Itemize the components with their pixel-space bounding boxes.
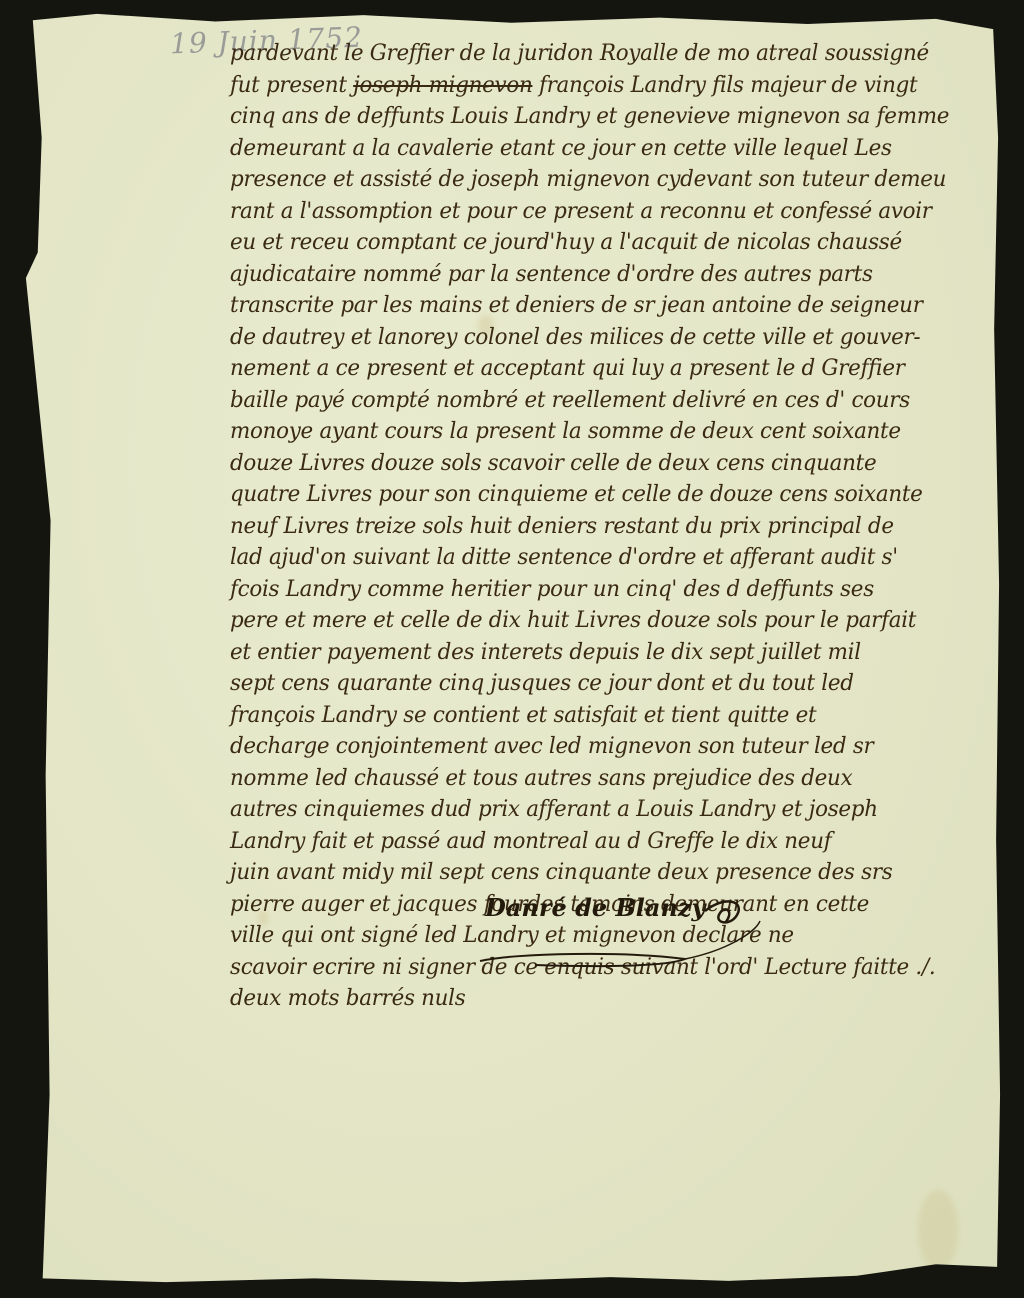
text-line: fcois Landry comme heritier pour un cinq…	[230, 574, 970, 606]
text-line: Landry fait et passé aud montreal au d G…	[230, 826, 970, 858]
text-line: ajudicataire nommé par la sentence d'ord…	[230, 259, 970, 291]
text-line: demeurant a la cavalerie etant ce jour e…	[230, 133, 970, 165]
text-line: neuf Livres treize sols huit deniers res…	[230, 511, 970, 543]
text-line: douze Livres douze sols scavoir celle de…	[230, 448, 970, 480]
text-line: nement a ce present et acceptant qui luy…	[230, 353, 970, 385]
text-line: cinq ans de deffunts Louis Landry et gen…	[230, 101, 970, 133]
text-line: rant a l'assomption et pour ce present a…	[230, 196, 970, 228]
text-line: pere et mere et celle de dix huit Livres…	[230, 605, 970, 637]
text-line: monoye ayant cours la present la somme d…	[230, 416, 970, 448]
text-line: baille payé compté nombré et reellement …	[230, 385, 970, 417]
text-line: juin avant midy mil sept cens cinquante …	[230, 857, 970, 889]
deed-text: pardevant le Greffier de la juridon Roya…	[230, 38, 990, 1015]
text-line: transcrite par les mains et deniers de s…	[230, 290, 970, 322]
text-line: presence et assisté de joseph mignevon c…	[230, 164, 970, 196]
text-line: eu et receu comptant ce jourd'huy a l'ac…	[230, 227, 970, 259]
struck-text: joseph mignevon	[353, 73, 532, 98]
notary-signature: Danré de Blanzy	[485, 893, 785, 973]
text-line: sept cens quarante cinq jusques ce jour …	[230, 668, 970, 700]
text-line: pardevant le Greffier de la juridon Roya…	[230, 38, 970, 70]
signature-name: Danré de Blanzy	[485, 893, 705, 922]
text-line: nomme led chaussé et tous autres sans pr…	[230, 763, 970, 795]
text-line: deux mots barrés nuls	[230, 983, 970, 1015]
text-fragment: fut present	[230, 73, 353, 98]
text-line: quatre Livres pour son cinquieme et cell…	[230, 479, 970, 511]
text-line: lad ajud'on suivant la ditte sentence d'…	[230, 542, 970, 574]
text-line: autres cinquiemes dud prix afferant a Lo…	[230, 794, 970, 826]
paper-stain	[918, 1190, 958, 1270]
text-line: françois Landry se contient et satisfait…	[230, 700, 970, 732]
text-line: et entier payement des interets depuis l…	[230, 637, 970, 669]
text-line: de dautrey et lanorey colonel des milice…	[230, 322, 970, 354]
text-line: fut present joseph mignevon françois Lan…	[230, 70, 970, 102]
text-line: decharge conjointement avec led mignevon…	[230, 731, 970, 763]
text-fragment: françois Landry fils majeur de vingt	[532, 73, 917, 98]
